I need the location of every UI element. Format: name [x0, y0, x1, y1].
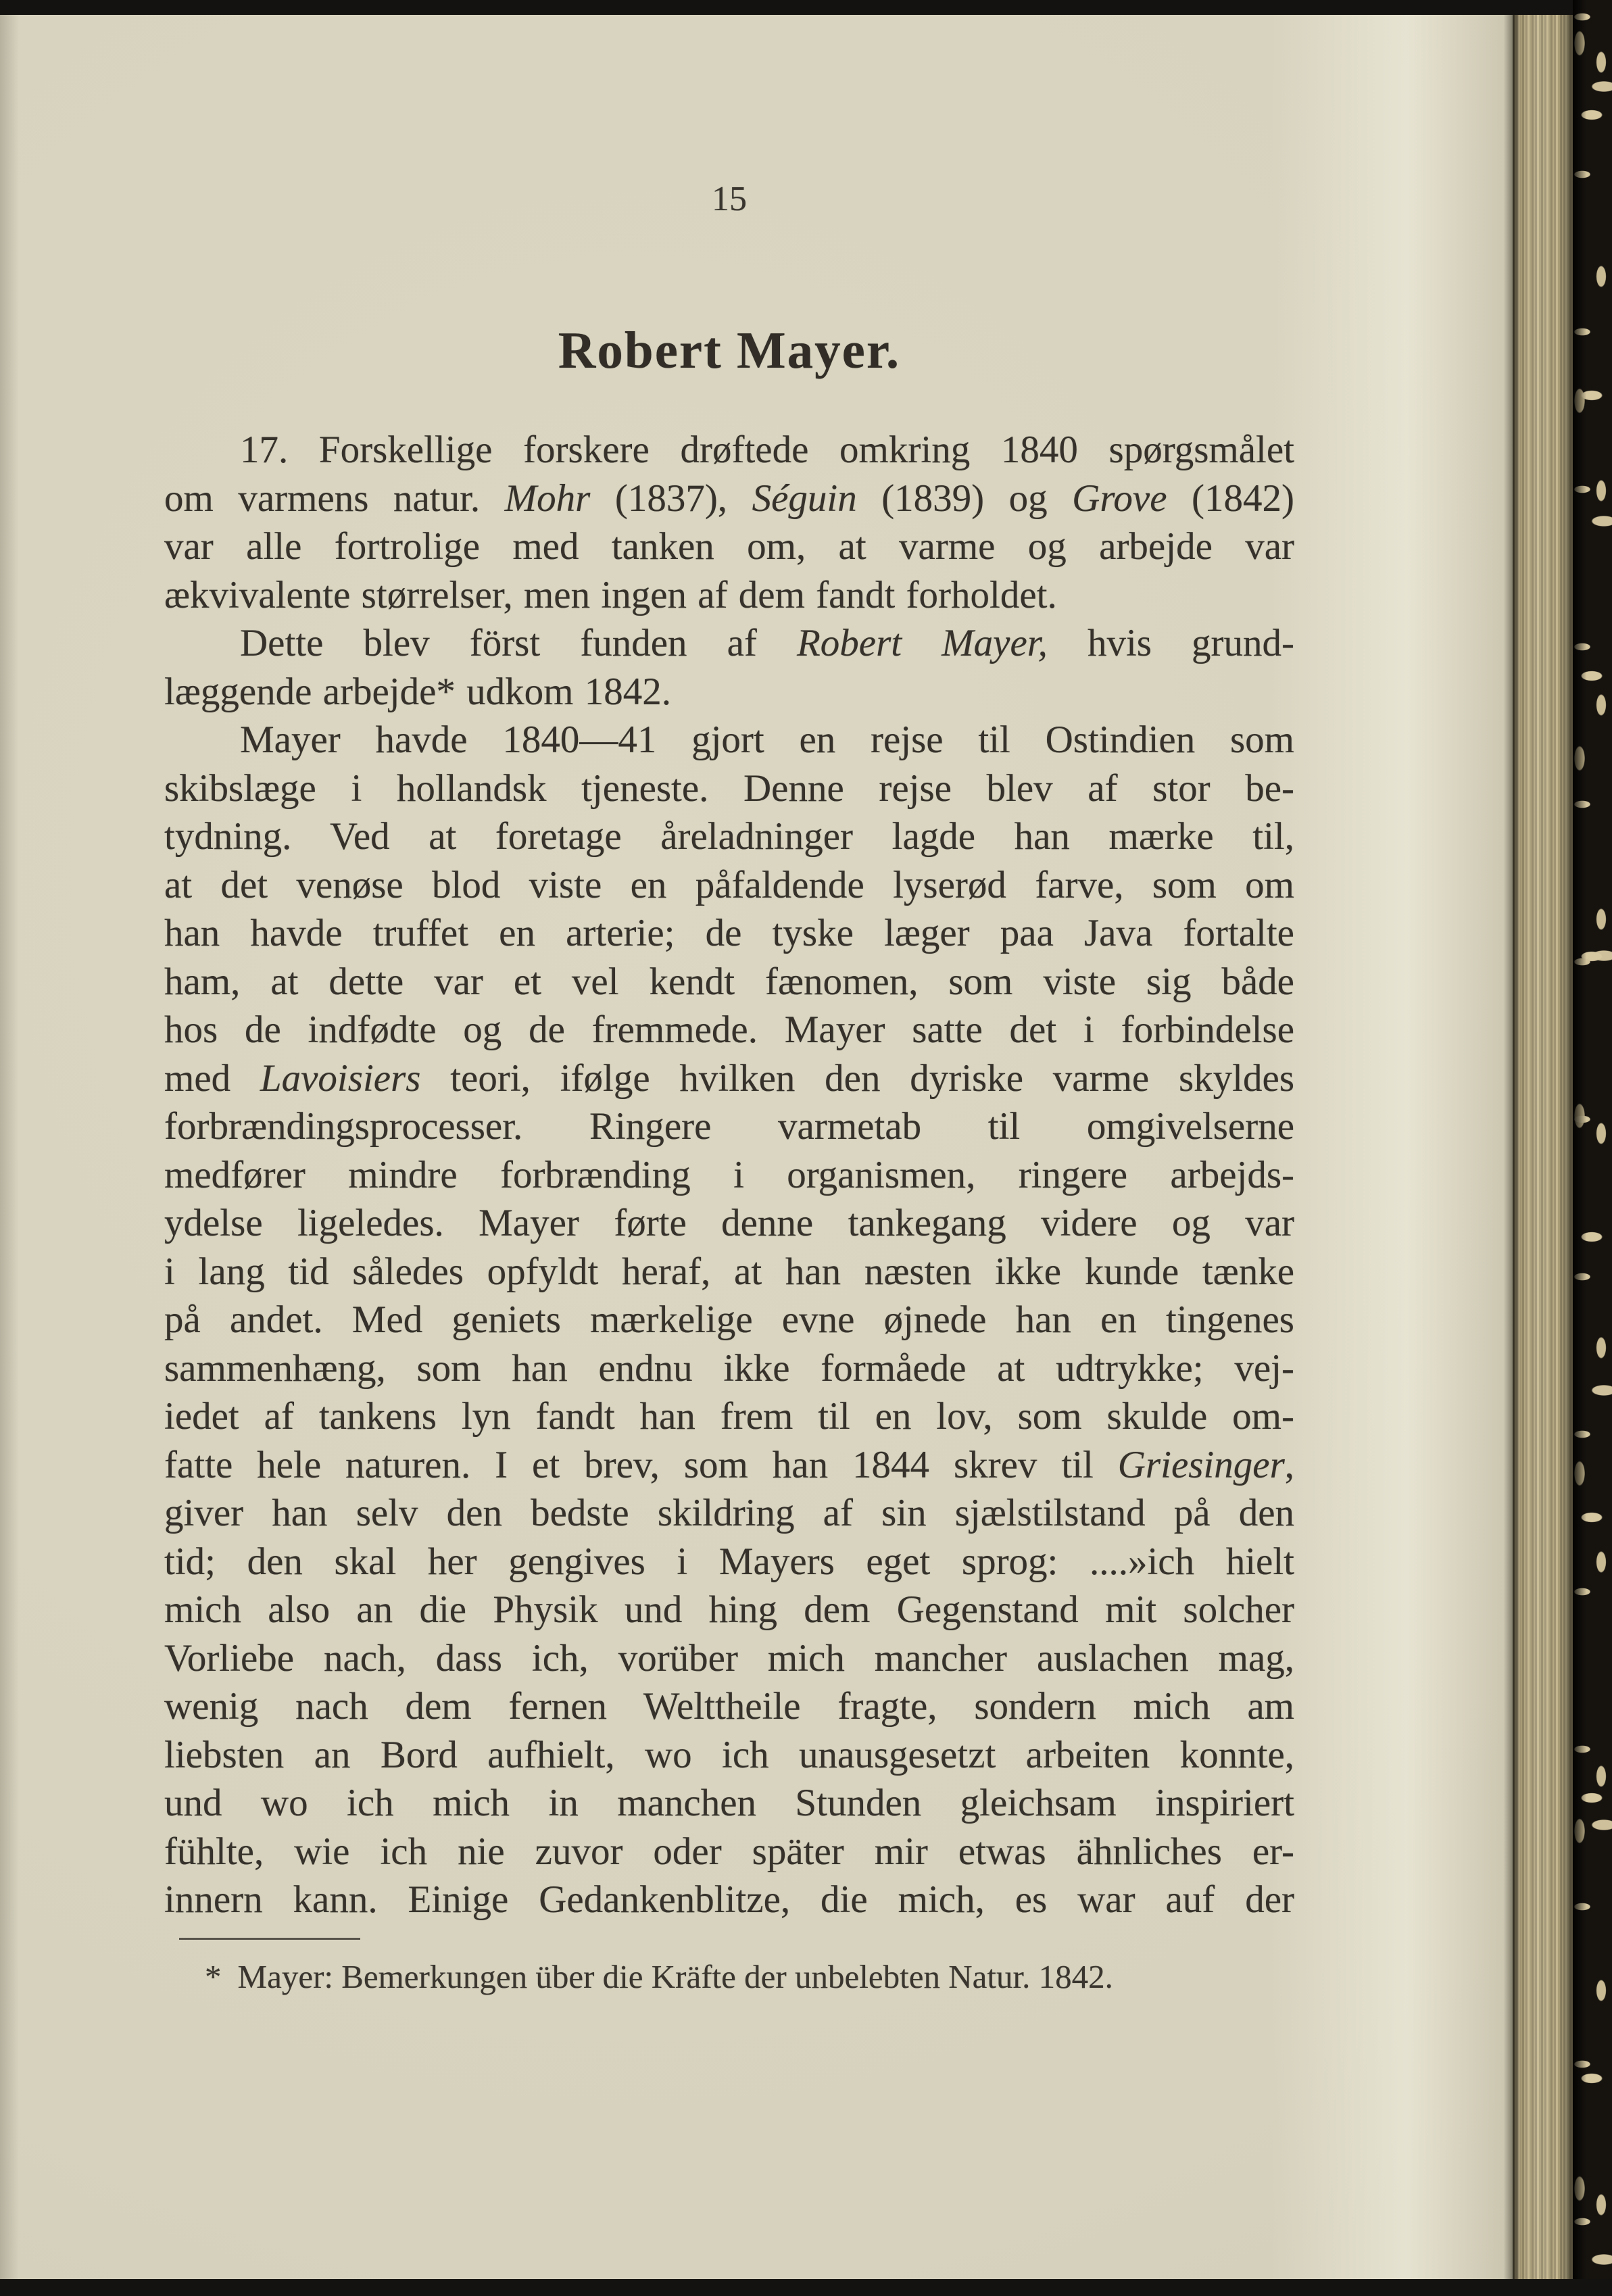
text-line: und wo ich mich in manchen Stunden gleic…	[164, 1779, 1294, 1828]
text-line: forbrændingsprocesser. Ringere varmetab …	[164, 1102, 1294, 1151]
text-line: om varmens natur. Mohr (1837), Séguin (1…	[164, 474, 1294, 523]
text-line: Vorliebe nach, dass ich, vorüber mich ma…	[164, 1634, 1294, 1683]
text-line: liebsten an Bord aufhielt, wo ich unausg…	[164, 1731, 1294, 1780]
footnote-rule	[179, 1938, 360, 1940]
text-line: ydelse ligeledes. Mayer førte denne tank…	[164, 1199, 1294, 1248]
paragraph: 17. Forskellige forskere drøftede omkrin…	[164, 426, 1294, 619]
text-line: han havde truffet en arterie; de tyske l…	[164, 909, 1294, 958]
text-line: sammenhæng, som han endnu ikke formåede …	[164, 1344, 1294, 1393]
text-line: wenig nach dem fernen Welttheile fragte,…	[164, 1682, 1294, 1731]
page-edge-stack	[1513, 0, 1573, 2296]
text-line: medfører mindre forbrænding i organismen…	[164, 1151, 1294, 1200]
text-line: at det venøse blod viste en påfaldende l…	[164, 861, 1294, 910]
text-line: var alle fortrolige med tanken om, at va…	[164, 522, 1294, 571]
text-line: Dette blev först funden af Robert Mayer,…	[164, 619, 1294, 668]
text-line: ækvivalente størrelser, men ingen af dem…	[164, 571, 1294, 620]
text-line: 17. Forskellige forskere drøftede omkrin…	[164, 426, 1294, 474]
text-line: ham, at dette var et vel kendt fænomen, …	[164, 958, 1294, 1006]
scanner-background-bottom	[0, 2279, 1612, 2296]
page-number: 15	[164, 179, 1294, 219]
text-line: på andet. Med geniets mærkelige evne øjn…	[164, 1296, 1294, 1344]
page-title: Robert Mayer.	[164, 320, 1294, 381]
text-line: mich also an die Physik und hing dem Geg…	[164, 1586, 1294, 1634]
footnote-marker: *	[205, 1958, 222, 1995]
footnote-text: Mayer: Bemerkungen über die Kräfte der u…	[238, 1958, 1113, 1995]
paragraph: Mayer havde 1840—41 gjort en rejse til O…	[164, 716, 1294, 1924]
text-line: fatte hele naturen. I et brev, som han 1…	[164, 1441, 1294, 1490]
text-line: skibslæge i hollandsk tjeneste. Denne re…	[164, 764, 1294, 813]
text-line: med Lavoisiers teori, ifølge hvilken den…	[164, 1054, 1294, 1103]
text-line: fühlte, wie ich nie zuvor oder später mi…	[164, 1828, 1294, 1876]
footnote: *Mayer: Bemerkungen über die Kräfte der …	[164, 1957, 1294, 1996]
text-line: innern kann. Einige Gedankenblitze, die …	[164, 1876, 1294, 1924]
text-line: iedet af tankens lyn fandt han frem til …	[164, 1392, 1294, 1441]
book-page: 15 Robert Mayer. 17. Forskellige forsker…	[0, 15, 1513, 2279]
body-text: 17. Forskellige forskere drøftede omkrin…	[164, 426, 1294, 1924]
text-line: hos de indfødte og de fremmede. Mayer sa…	[164, 1006, 1294, 1054]
text-line: Mayer havde 1840—41 gjort en rejse til O…	[164, 716, 1294, 764]
text-line: tydning. Ved at foretage åreladninger la…	[164, 812, 1294, 861]
text-line: giver han selv den bedste skildring af s…	[164, 1489, 1294, 1538]
text-line: tid; den skal her gengives i Mayers eget…	[164, 1538, 1294, 1586]
scanned-book-photo: 15 Robert Mayer. 17. Forskellige forsker…	[0, 0, 1612, 2296]
scanner-background-top	[0, 0, 1573, 15]
paragraph: Dette blev först funden af Robert Mayer,…	[164, 619, 1294, 716]
book-binding-marbled	[1573, 0, 1612, 2296]
text-line: i lang tid således opfyldt heraf, at han…	[164, 1248, 1294, 1296]
text-line: læggende arbejde* udkom 1842.	[164, 668, 1294, 716]
